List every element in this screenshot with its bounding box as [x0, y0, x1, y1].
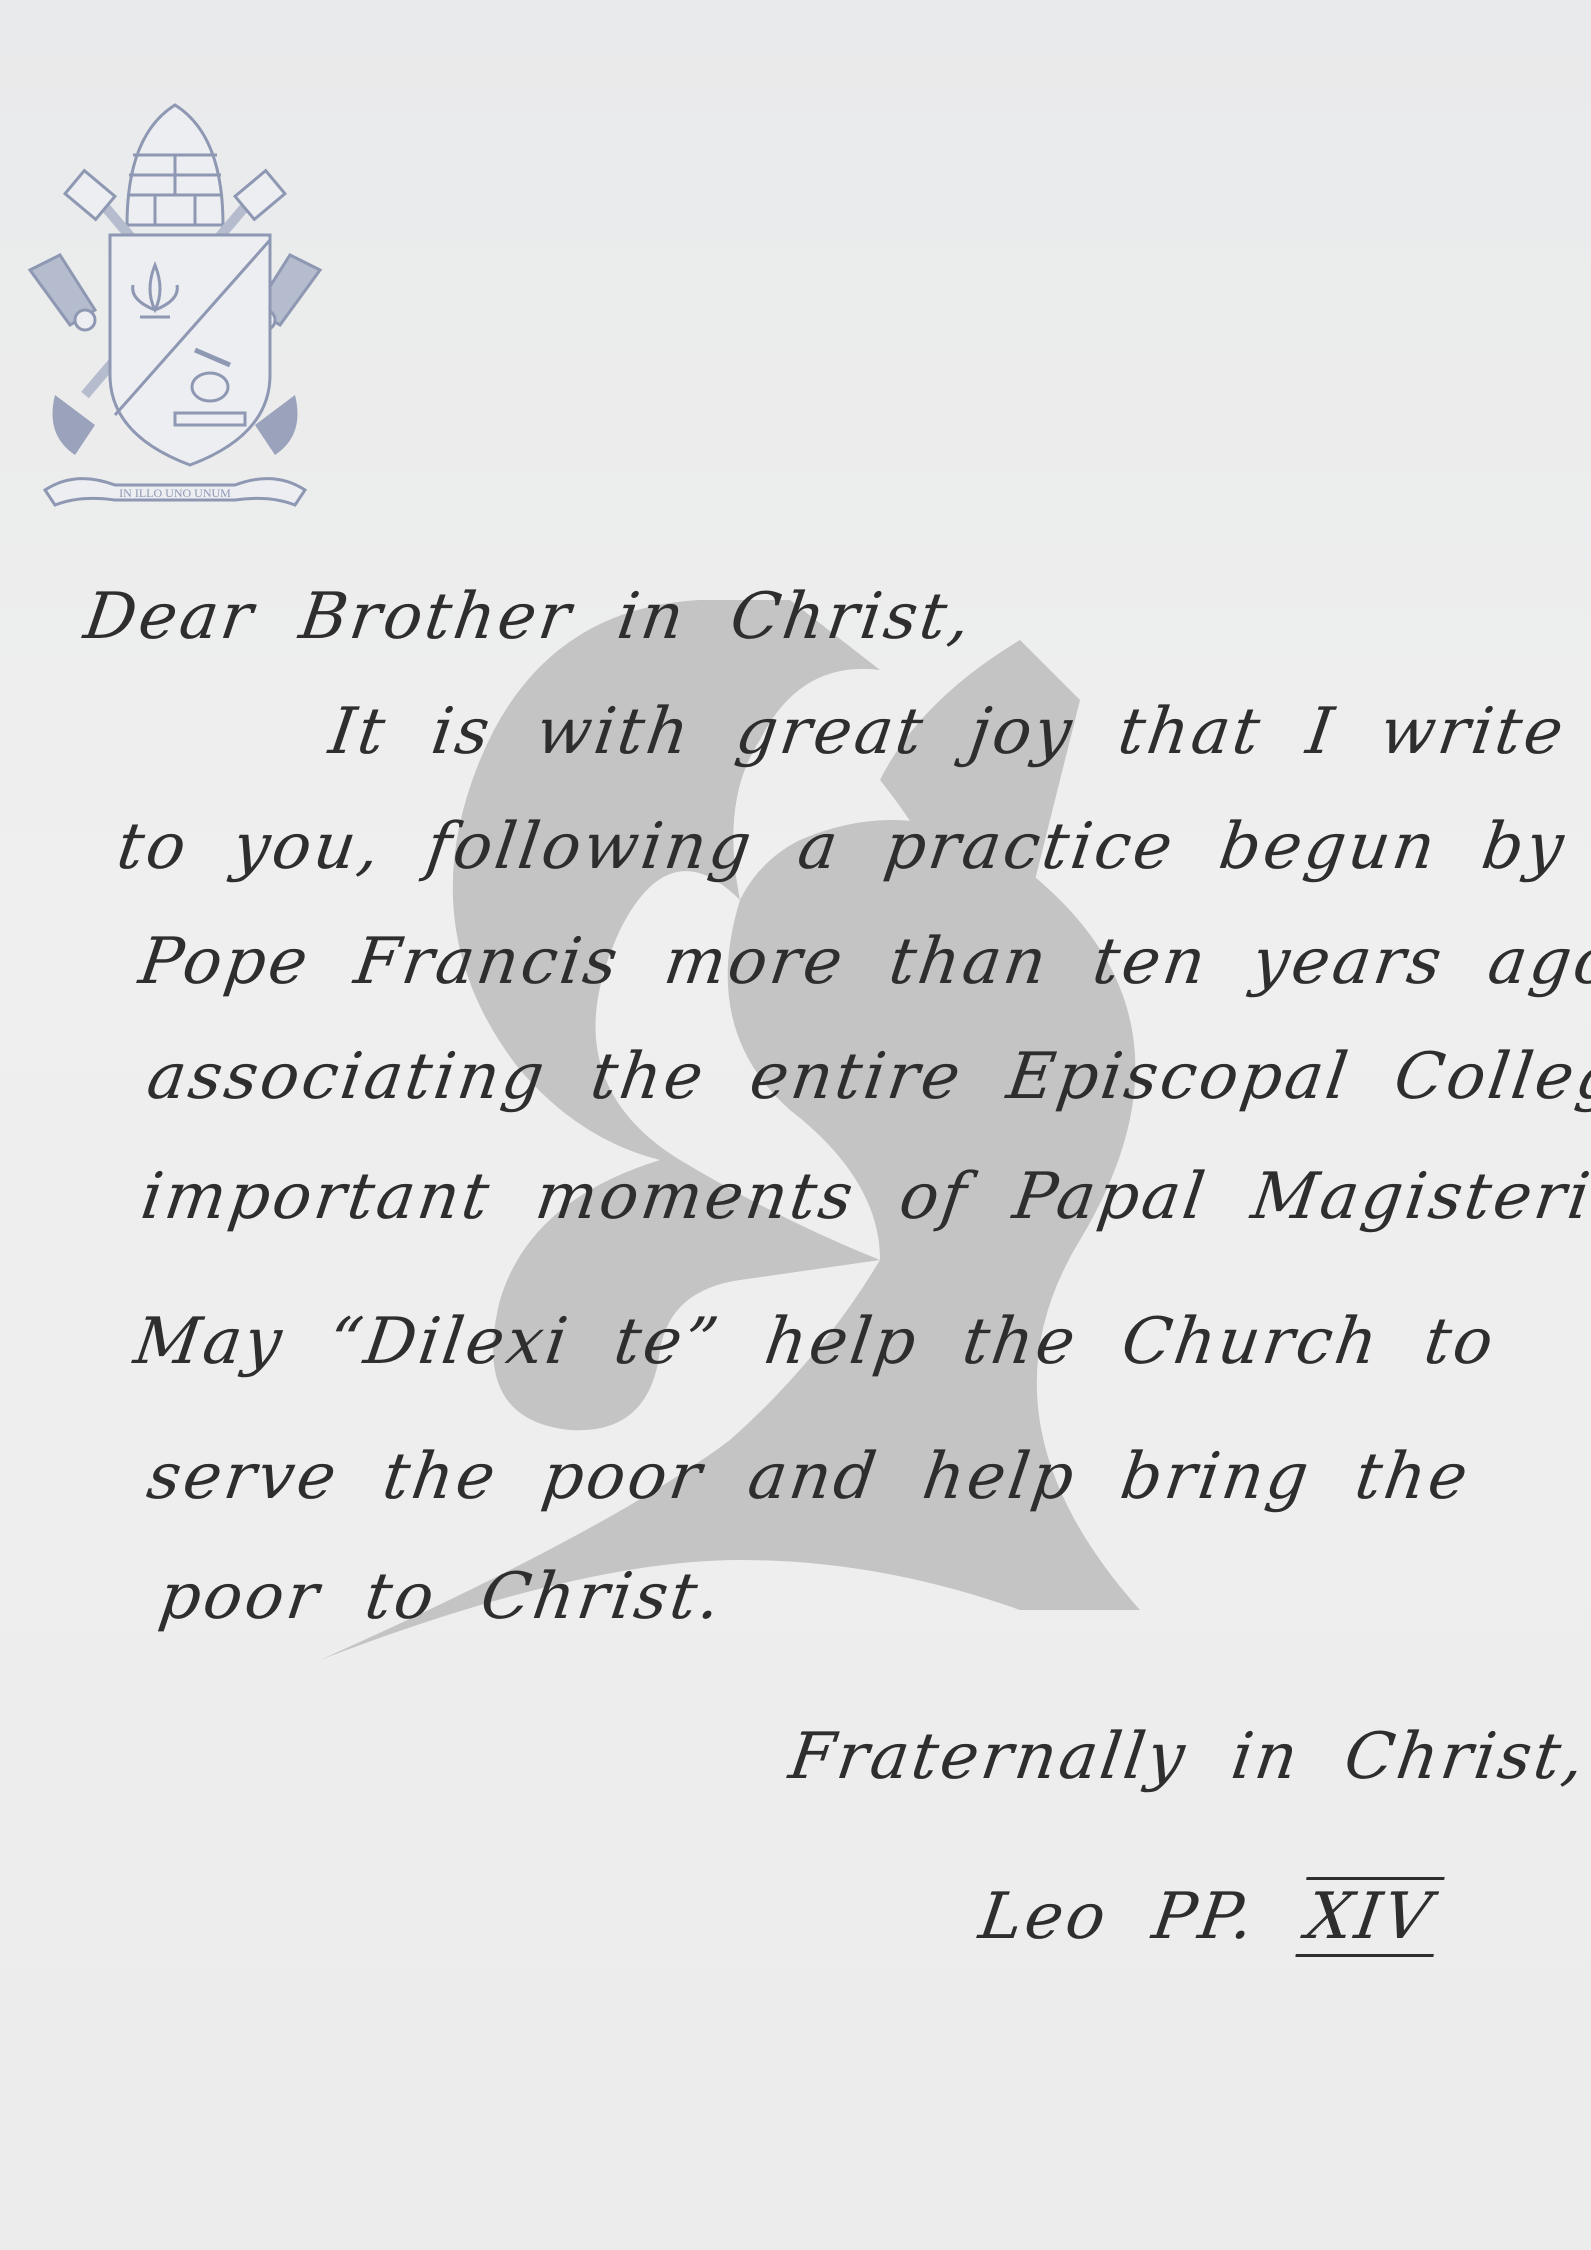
body-line: to you, following a practice begun by [113, 810, 1571, 884]
letter-page: IN ILLO UNO UNUM Dear Brother in Christ,… [0, 0, 1591, 2250]
signature-name: Leo PP. [975, 1880, 1261, 1954]
signature-numeral: XIV [1295, 1877, 1444, 1957]
body-line: poor to Christ. [155, 1560, 728, 1634]
closing: Fraternally in Christ, [785, 1720, 1591, 1794]
body-line: important moments of Papal Magisterium. [137, 1160, 1591, 1234]
signature: Leo PP. XIV [975, 1880, 1445, 1954]
body-line: It is with great joy that I write [325, 695, 1571, 769]
svg-text:IN ILLO UNO UNUM: IN ILLO UNO UNUM [119, 486, 231, 500]
body-line: Pope Francis more than ten years ago, [135, 925, 1591, 999]
papal-coat-of-arms-icon: IN ILLO UNO UNUM [15, 95, 335, 515]
body-line: associating the entire Episcopal College… [143, 1040, 1591, 1114]
body-line: serve the poor and help bring the [143, 1440, 1475, 1514]
salutation: Dear Brother in Christ, [80, 580, 978, 654]
body-line: May “Dilexi te” help the Church to [130, 1305, 1501, 1379]
